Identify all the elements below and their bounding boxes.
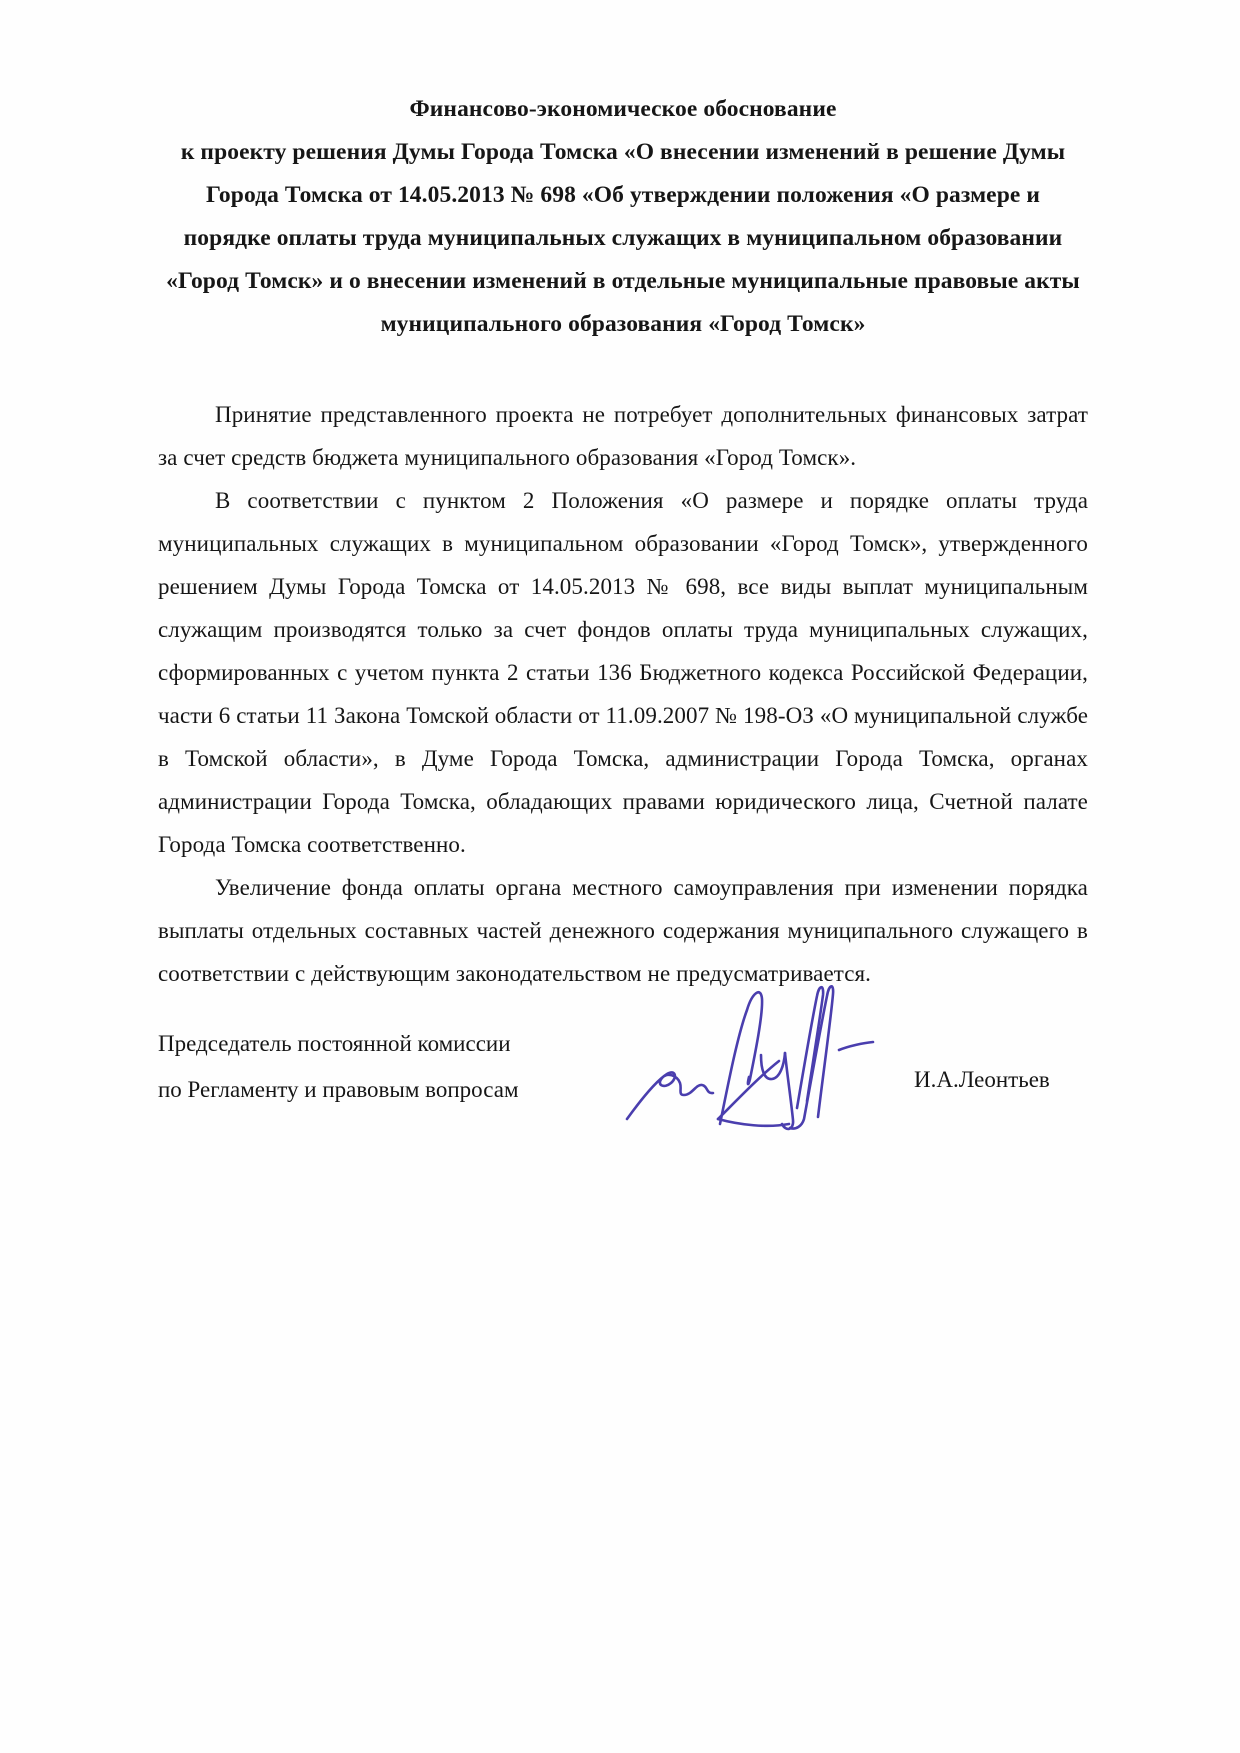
handwritten-signature-ink <box>620 973 880 1148</box>
document-title: Финансово-экономическое обоснование к пр… <box>158 88 1088 346</box>
title-line-2: к проекту решения Думы Города Томска «О … <box>158 131 1088 174</box>
document-content: Финансово-экономическое обоснование к пр… <box>0 0 1240 1321</box>
paragraph-1: Принятие представленного проекта не потр… <box>158 393 1088 479</box>
title-line-6: муниципального образования «Город Томск» <box>158 303 1088 346</box>
signatory-name: И.А.Леонтьев <box>914 1057 1050 1103</box>
document-body: Принятие представленного проекта не потр… <box>158 393 1088 995</box>
paragraph-2: В соответствии с пунктом 2 Положения «О … <box>158 479 1088 866</box>
title-line-4: порядке оплаты труда муниципальных служа… <box>158 217 1088 260</box>
title-line-1: Финансово-экономическое обоснование <box>158 88 1088 131</box>
signature-block: Председатель постоянной комиссии по Регл… <box>158 1021 1088 1321</box>
scanned-document-page: Финансово-экономическое обоснование к пр… <box>0 0 1240 1753</box>
title-line-5: «Город Томск» и о внесении изменений в о… <box>158 260 1088 303</box>
title-line-3: Города Томска от 14.05.2013 № 698 «Об ут… <box>158 174 1088 217</box>
